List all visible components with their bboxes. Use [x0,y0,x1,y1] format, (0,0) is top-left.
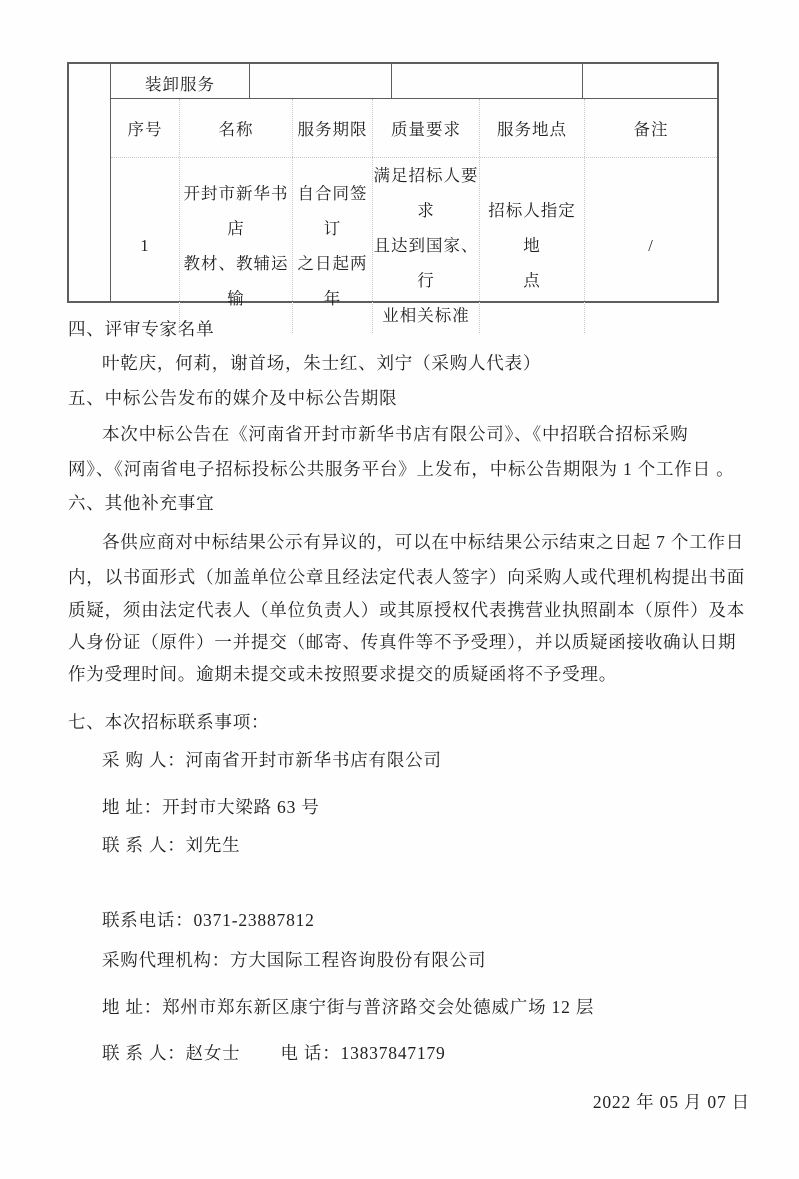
header-quality: 质量要求 [373,99,480,157]
section-6-line-4: 人身份证（原件）一并提交（邮寄、传真件等不予受理），并以质疑函接收确认日期 [68,631,740,653]
header-note: 备注 [585,99,717,157]
carryover-cell-empty-2 [392,64,583,98]
service-table-main: 装卸服务 序号 名称 服务期限 质量要求 服务地点 备注 1 开封市新华书店 教… [111,64,717,301]
cell-name: 开封市新华书店 教材、教辅运输 [180,158,293,333]
agency-line: 采购代理机构：方大国际工程咨询股份有限公司 [102,949,740,971]
buyer-line: 采 购 人：河南省开封市新华书店有限公司 [102,749,740,771]
buyer-contact-line: 联 系 人：刘先生 [102,834,740,856]
section-5-line-2: 网》、《河南省电子招标投标公共服务平台》上发布，中标公告期限为 1 个工作日 。 [68,458,740,480]
header-period: 服务期限 [293,99,373,157]
cell-place-line-2: 点 [523,263,541,298]
section-6-line-3: 质疑，须由法定代表人（单位负责人）或其原授权代表携营业执照副本（原件）及本 [68,599,740,621]
table-data-row: 1 开封市新华书店 教材、教辅运输 自合同签订 之日起两年 满足招标人要求 且达… [111,158,717,333]
header-name: 名称 [180,99,293,157]
cell-quality-line-1: 满足招标人要求 [373,158,479,228]
agency-phone: 电 话：13837847179 [280,1043,445,1063]
agency-contact-phone-line: 联 系 人：赵女士电 话：13837847179 [102,1042,740,1064]
document-page: 装卸服务 序号 名称 服务期限 质量要求 服务地点 备注 1 开封市新华书店 教… [0,0,799,1179]
cell-period-line-1: 自合同签订 [293,176,372,246]
section-6-line-5: 作为受理时间。逾期未提交或未按照要求提交的质疑函将不予受理。 [68,663,740,685]
cell-name-line-1: 开封市新华书店 [180,176,292,246]
section-6-line-1: 各供应商对中标结果公示有异议的，可以在中标结果公示结束之日起 7 个工作日 [102,531,740,553]
section-7-title: 七、本次招标联系事项： [68,711,740,733]
header-seq: 序号 [111,99,180,157]
carryover-cell-label: 装卸服务 [111,64,250,98]
table-empty-left-column [69,64,111,301]
agency-address-line: 地 址：郑州市郑东新区康宁街与普济路交会处德威广场 12 层 [102,996,740,1018]
section-4-experts: 叶乾庆，何莉，谢首场，朱士红、刘宁（采购人代表） [102,352,740,374]
cell-seq: 1 [111,158,180,333]
section-6-title: 六、其他补充事宜 [68,492,740,514]
section-4-title: 四、评审专家名单 [68,318,740,340]
service-table: 装卸服务 序号 名称 服务期限 质量要求 服务地点 备注 1 开封市新华书店 教… [67,62,719,303]
cell-place: 招标人指定地 点 [480,158,585,333]
carryover-cell-empty-1 [250,64,392,98]
cell-period-line-2: 之日起两年 [293,246,372,316]
buyer-address-line: 地 址：开封市大梁路 63 号 [102,796,740,818]
section-6-line-2: 内，以书面形式（加盖单位公章且经法定代表人签字）向采购人或代理机构提出书面 [68,566,740,588]
section-5-line-1: 本次中标公告在《河南省开封市新华书店有限公司》、《中招联合招标采购 [102,423,740,445]
cell-place-line-1: 招标人指定地 [480,193,584,263]
cell-note: / [585,158,717,333]
cell-name-line-2: 教材、教辅运输 [180,246,292,316]
table-header-row: 序号 名称 服务期限 质量要求 服务地点 备注 [111,99,717,158]
buyer-phone-line: 联系电话：0371-23887812 [102,909,740,931]
header-place: 服务地点 [480,99,585,157]
table-carryover-row: 装卸服务 [111,64,717,99]
agency-contact: 联 系 人：赵女士 [102,1043,240,1063]
section-5-title: 五、中标公告发布的媒介及中标公告期限 [68,387,740,409]
cell-period: 自合同签订 之日起两年 [293,158,373,333]
document-date: 2022 年 05 月 07 日 [593,1091,750,1113]
carryover-cell-empty-3 [583,64,717,98]
cell-quality-line-2: 且达到国家、行 [373,228,479,298]
cell-quality: 满足招标人要求 且达到国家、行 业相关标准 [373,158,480,333]
